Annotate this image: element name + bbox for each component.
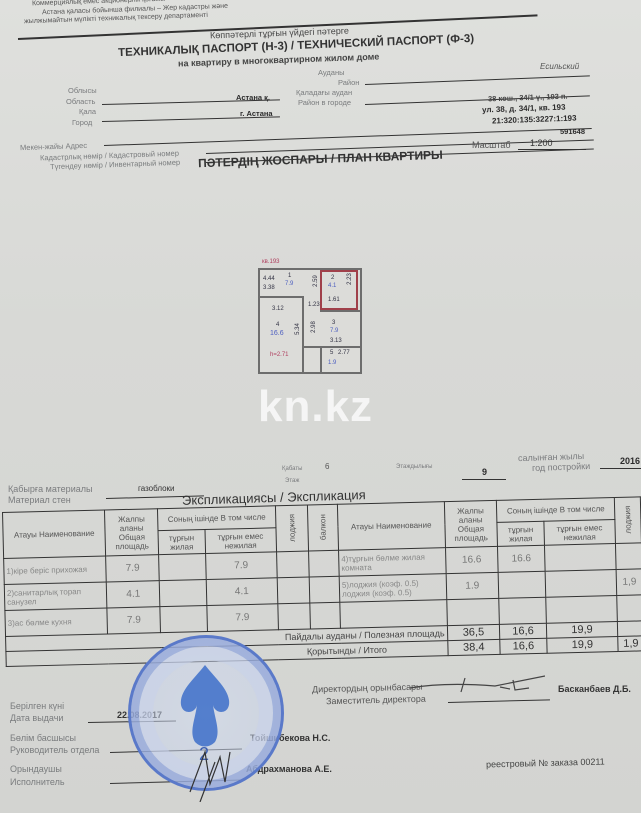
scale-value: 1:200 <box>530 138 553 148</box>
room-5-dim: 2.77 <box>338 350 350 356</box>
header-nonliving-left: тұрғын емес нежилая <box>205 528 277 554</box>
row-living <box>159 580 206 607</box>
row-name: 4)тұрғын бөлме жилая комната <box>339 548 446 577</box>
header-balcony-left: балкон <box>318 514 328 540</box>
row-living <box>159 554 206 581</box>
document-sheet: Коммерциялық емес акционерлік қоғамы Аст… <box>0 0 641 813</box>
row-balcony <box>310 602 341 629</box>
audany-label: Ауданы <box>318 68 345 77</box>
room-2-dim-b: 1.61 <box>328 297 340 303</box>
row-name <box>340 600 447 629</box>
floor-plan: 4.44 3.38 1 7.9 2.59 2 4.1 2.23 1.61 1.2… <box>258 268 362 374</box>
room-4-no: 4 <box>276 322 279 328</box>
year-label-ru: год постройки <box>532 461 590 473</box>
row-living: 16.6 <box>498 545 545 572</box>
row-loggia <box>616 543 641 570</box>
cadastral-value: 21:320:135:3227:1:193 <box>492 114 577 126</box>
header-nonliving-right: тұрғын емес нежилая <box>544 520 616 546</box>
header-incl-left: Соның ішінде В том числе <box>158 506 276 531</box>
exec-label-kz: Орындаушы <box>10 764 62 774</box>
useful-loggia <box>617 621 641 637</box>
header-total-right: Жалпы аланы Общая площадь <box>444 500 498 547</box>
head-label-ru: Руководитель отдела <box>10 745 99 755</box>
row-total: 1.9 <box>446 572 499 599</box>
header-loggia-left: лоджия <box>287 513 297 541</box>
row-total: 16.6 <box>445 546 498 573</box>
header-living-right: тұрғын жилая <box>497 521 544 546</box>
year-underline <box>600 468 641 469</box>
floor-label-kz: Қабаты <box>282 466 302 472</box>
room-2-no: 2 <box>331 275 334 281</box>
header-incl-right: Соның ішінде В том числе <box>497 498 615 523</box>
row-living <box>160 606 207 633</box>
row-name: 3)ас бөлме кухня <box>5 608 108 636</box>
room-5-area: 1.9 <box>328 360 336 366</box>
gorod-value: г. Астана <box>240 109 273 118</box>
row-loggia <box>277 551 310 578</box>
row-nonliving: 4.1 <box>206 578 278 606</box>
deputy-signature-icon <box>405 674 545 698</box>
wall-value: газоблоки <box>138 484 175 493</box>
room-2-dim-a: 2.23 <box>347 273 353 285</box>
raion-v-gorode-label: Район в городе <box>298 98 351 107</box>
useful-total: 36,5 <box>447 624 500 640</box>
row-living <box>498 571 545 598</box>
executor-signature-icon <box>180 722 250 802</box>
oblysy-label: Облысы <box>68 86 97 95</box>
qala-label: Қала <box>79 107 96 116</box>
row-total: 7.9 <box>107 607 160 634</box>
scale-underline <box>518 149 586 150</box>
row-loggia: 1,9 <box>616 569 641 596</box>
total-total: 38,4 <box>447 639 500 655</box>
room-3-dim-b: 3.13 <box>330 338 342 344</box>
deputy-name: Басканбаев Д.Б. <box>558 684 631 694</box>
floor-value: 6 <box>325 462 329 471</box>
gorod-label: Город <box>72 118 92 127</box>
room-3-no: 3 <box>332 320 335 326</box>
apartment-label: кв.193 <box>262 259 280 265</box>
watermark: kn.kz <box>258 382 373 432</box>
issue-label-ru: Дата выдачи <box>10 713 63 723</box>
issue-label-kz: Берілген күні <box>10 701 64 711</box>
useful-living: 16,6 <box>500 623 547 639</box>
explication-table: Атауы Наименование Жалпы аланы Общая пло… <box>2 496 641 667</box>
total-nonliving: 19,9 <box>547 636 619 653</box>
oblast-value: Астана қ. <box>236 93 270 102</box>
floor-label-ru: Этаж <box>285 478 299 484</box>
row-nonliving <box>545 570 617 598</box>
ceiling-height: h=2.71 <box>270 352 289 358</box>
corridor-dim: 1.23 <box>308 302 320 308</box>
room-1-dim-c: 2.59 <box>313 275 319 287</box>
room-4-area: 16.6 <box>270 330 284 337</box>
room-4-dim-b: 5.34 <box>295 323 301 335</box>
head-label-kz: Бөлім басшысы <box>10 733 76 743</box>
total-living: 16,6 <box>500 638 547 654</box>
floors-value: 9 <box>482 467 487 477</box>
year-value: 2016 <box>620 456 640 466</box>
total-loggia: 1,9 <box>618 636 641 652</box>
floors-underline <box>462 479 506 480</box>
room-5-no: 5 <box>330 350 333 356</box>
exec-label-ru: Исполнитель <box>10 777 65 787</box>
row-total: 7.9 <box>106 555 159 582</box>
floors-label: Этаждылығы <box>396 464 432 470</box>
wall-label-kz: Қабырға материалы <box>8 484 92 494</box>
header-total-left: Жалпы аланы Общая площадь <box>105 509 159 556</box>
address-kz-value: 38 көш., 34/1 ү., 193 п. <box>488 92 568 104</box>
row-balcony <box>309 550 340 577</box>
qaladagy-label: Қаладағы аудан <box>296 88 352 97</box>
scale-label: Масштаб <box>472 140 511 150</box>
header-loggia-right: лоджия <box>623 505 633 533</box>
room-1-area: 7.9 <box>285 281 293 287</box>
room-2-area: 4.1 <box>328 283 336 289</box>
row-name: 2)санитарлық торап санузел <box>4 582 107 610</box>
header-name-right: Атауы Наименование <box>337 502 445 551</box>
room-1-dim-a: 4.44 <box>263 276 275 282</box>
row-total <box>446 598 499 625</box>
row-nonliving: 7.9 <box>206 604 278 632</box>
row-living <box>499 597 546 624</box>
address-label: Мекен-жайы Адрес <box>20 141 87 152</box>
row-loggia <box>278 603 311 630</box>
address-underline <box>104 128 592 146</box>
header-living-left: тұрғын жилая <box>158 530 205 555</box>
row-nonliving <box>546 596 618 624</box>
room-1-dim-b: 3.38 <box>263 285 275 291</box>
deputy-underline <box>448 699 550 703</box>
room-4-dim-a: 3.12 <box>272 306 284 312</box>
row-balcony <box>309 576 340 603</box>
wall-label-ru: Материал стен <box>8 495 71 505</box>
row-loggia <box>277 577 310 604</box>
row-name: 1)кіре беріс прихожая <box>4 556 107 584</box>
address-ru-value: ул. 38, д. 34/1, кв. 193 <box>482 103 566 115</box>
room-3-area: 7.9 <box>330 328 338 334</box>
row-loggia <box>617 595 641 622</box>
row-nonliving: 7.9 <box>205 552 277 580</box>
row-total: 4.1 <box>107 581 160 608</box>
row-name: 5)лоджия (коэф. 0.5) лоджия (коэф. 0.5) <box>339 574 446 603</box>
room-3-dim-a: 2.98 <box>311 321 317 333</box>
raion-underline <box>365 75 590 85</box>
order-label: реестровый № заказа 00211 <box>486 756 605 769</box>
useful-nonliving: 19,9 <box>546 621 618 638</box>
header-name-left: Атауы Наименование <box>3 510 106 558</box>
oblast-label: Область <box>66 97 95 106</box>
raion-value: Есильский <box>540 62 579 71</box>
room-1-no: 1 <box>288 273 291 279</box>
row-nonliving <box>544 544 616 572</box>
raion-label: Район <box>338 78 359 87</box>
